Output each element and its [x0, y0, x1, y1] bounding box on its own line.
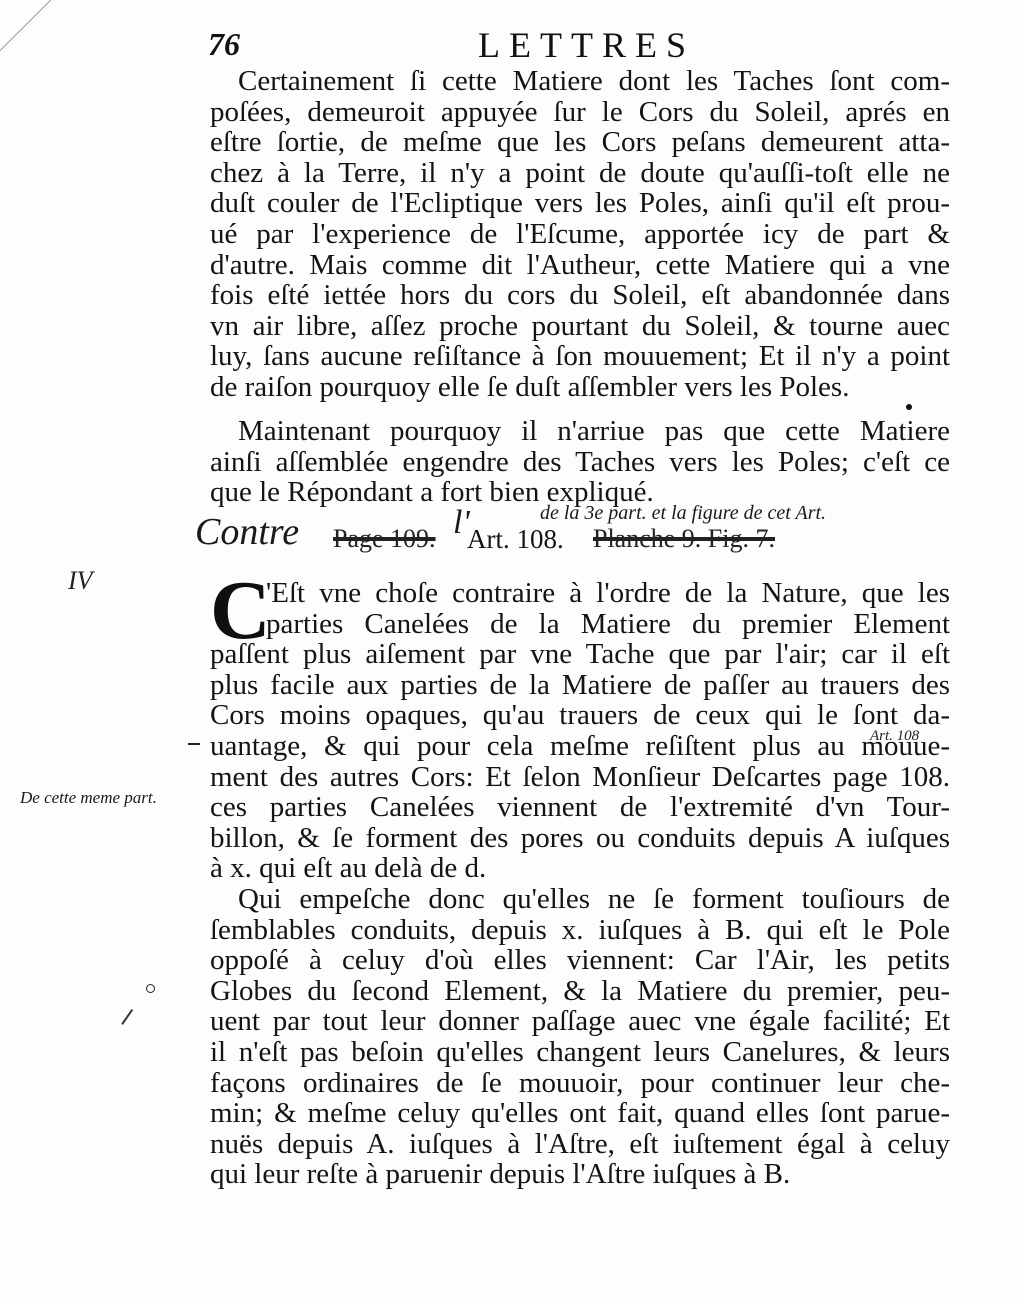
paragraph-qui-empesche: Qui empeſche donc qu'elles ne ſe forment…	[210, 884, 950, 1190]
text-line: duſt couler de l'Ecliptique vers les Pol…	[210, 188, 950, 219]
text-line: ué par l'experience de l'Eſcume, apporté…	[210, 219, 950, 250]
paragraph-maintenant: Maintenant pourquoy il n'arriue pas que …	[210, 416, 950, 508]
article-reference: Art. 108.	[467, 524, 564, 555]
section-heading: Contre Page 109. l' Art. 108. Planche 9.…	[195, 504, 995, 564]
text-line: ainſi aſſemblée engendre des Taches vers…	[210, 447, 950, 478]
text-line: vn air libre, aſſez proche pourtant du S…	[210, 311, 950, 342]
text-line: uent par tout leur donner paſſage auec v…	[210, 1006, 950, 1037]
text-line: 'Eſt vne choſe contraire à l'ordre de la…	[210, 578, 950, 609]
margin-dash-mark	[188, 743, 200, 745]
handwritten-art-note: Art. 108	[870, 728, 919, 745]
text-line: plus facile aux parties de la Matiere de…	[210, 670, 950, 701]
text-line: d'autre. Mais comme dit l'Autheur, cette…	[210, 250, 950, 281]
margin-handwritten-note: De cette meme part.	[20, 788, 157, 808]
text-line: uantage, & qui pour cela meſme reſiſtent…	[210, 731, 950, 762]
text-line: parties Canelées de la Matiere du premie…	[210, 609, 950, 640]
struck-plate-reference: Planche 9. Fig. 7.	[593, 524, 775, 554]
page-crease-line	[0, 0, 97, 61]
text-line: luy, ſans aucune reſiſtance à ſon mouuem…	[210, 341, 950, 372]
text-line: poſées, demeuroit appuyée ſur le Cors du…	[210, 97, 950, 128]
text-line: ſemblables conduits, depuis x. iuſques à…	[210, 915, 950, 946]
handwritten-contre: Contre	[195, 510, 299, 554]
handwritten-insertion: de la 3e part. et la figure de cet Art.	[540, 502, 826, 525]
text-line: fois eſté iettée hors du cors du Soleil,…	[210, 280, 950, 311]
paragraph-c-est-vne-chose: 'Eſt vne choſe contraire à l'ordre de la…	[210, 578, 950, 884]
text-line: chez à la Terre, il n'y a point de doute…	[210, 158, 950, 189]
text-line: oppoſé à celuy d'où elles viennent: Car …	[210, 945, 950, 976]
page-number: 76	[208, 26, 240, 63]
scanned-book-page: 76 LETTRES Certainement ſi cette Matiere…	[0, 0, 1024, 1304]
running-title: LETTRES	[478, 24, 695, 66]
text-line: eſtre ſortie, de meſme que les Cors peſa…	[210, 127, 950, 158]
text-line: qui leur reſte à paruenir depuis l'Aſtre…	[210, 1159, 950, 1190]
text-line: de raiſon pourquoy elle ſe duſt aſſemble…	[210, 372, 950, 403]
struck-page-reference: Page 109.	[333, 524, 436, 554]
text-line: Cors moins opaques, qu'au trauers de ceu…	[210, 700, 950, 731]
text-line: il n'eſt pas beſoin qu'elles changent le…	[210, 1037, 950, 1068]
text-line: paſſent plus aiſement par vne Tache que …	[210, 639, 950, 670]
ink-mark	[906, 404, 912, 410]
text-line: ces parties Canelées viennent de l'extre…	[210, 792, 950, 823]
text-line: billon, & ſe forment des pores ou condui…	[210, 823, 950, 854]
margin-tick-mark	[121, 1009, 133, 1025]
running-head: 76 LETTRES	[208, 22, 948, 66]
text-line: nuës depuis A. iuſques à l'Aſtre, eſt iu…	[210, 1129, 950, 1160]
margin-circle-mark	[146, 984, 155, 993]
text-line: Certainement ſi cette Matiere dont les T…	[210, 66, 950, 97]
text-line: Qui empeſche donc qu'elles ne ſe forment…	[210, 884, 950, 915]
paragraph-certainement: Certainement ſi cette Matiere dont les T…	[210, 66, 950, 403]
text-line: ment des autres Cors: Et ſelon Monſieur …	[210, 762, 950, 793]
text-line: façons ordinaires de ſe mouuoir, pour co…	[210, 1068, 950, 1099]
text-line: Globes du ſecond Element, & la Matiere d…	[210, 976, 950, 1007]
margin-section-numeral: IV	[68, 566, 93, 596]
text-line: Maintenant pourquoy il n'arriue pas que …	[210, 416, 950, 447]
text-line: min; & meſme celuy qu'elles ont fait, qu…	[210, 1098, 950, 1129]
text-line: à x. qui eſt au delà de d.	[210, 853, 950, 884]
